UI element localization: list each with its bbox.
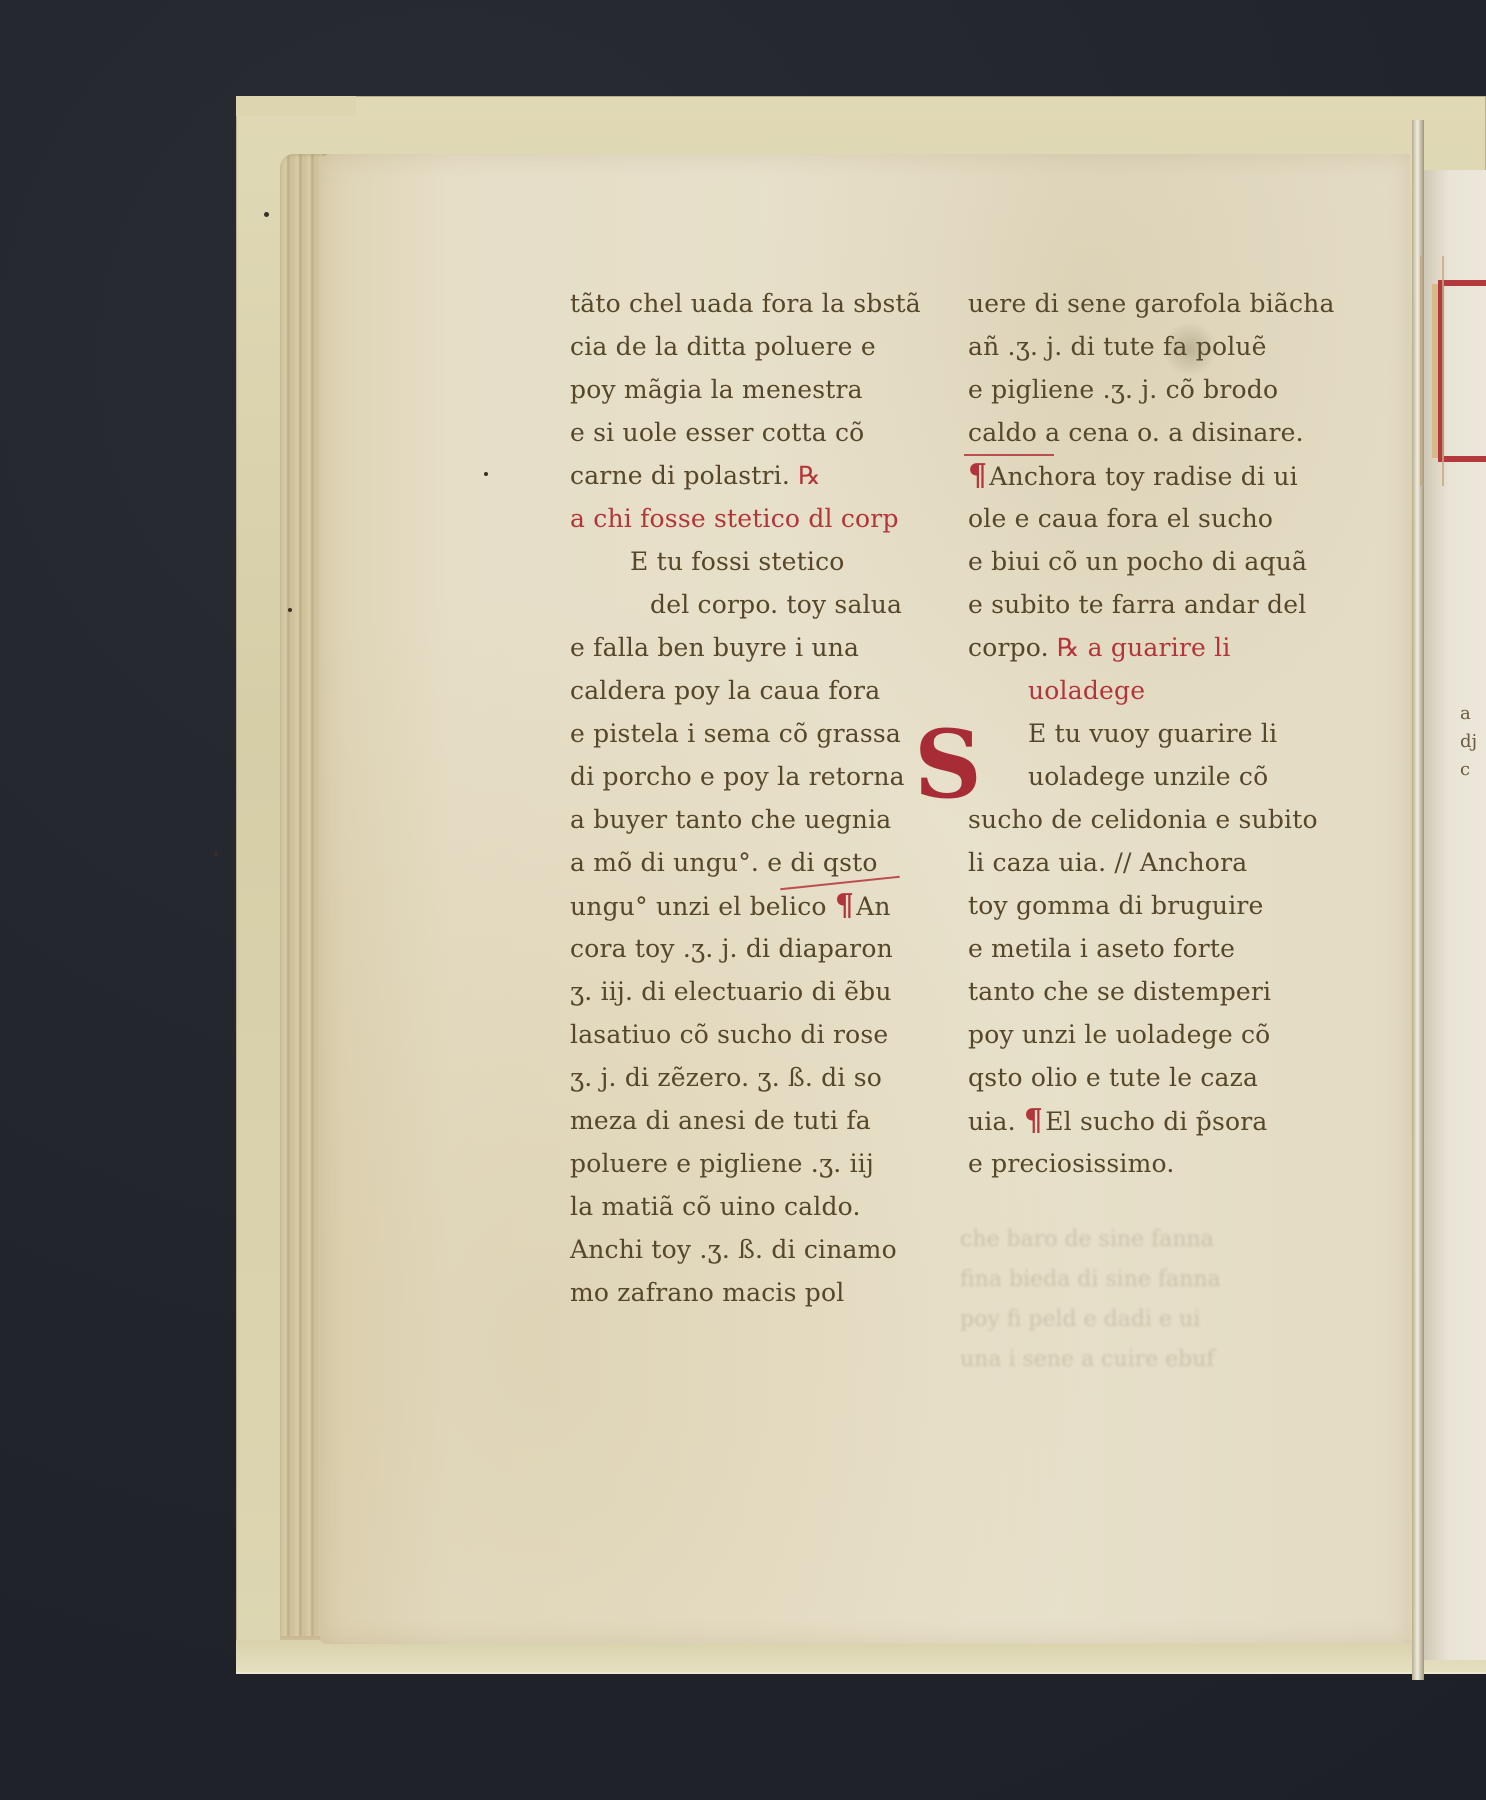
text-line: sucho de celidonia e subito xyxy=(968,798,1338,841)
ink-speck xyxy=(288,608,292,612)
text-line: cia de la ditta poluere e xyxy=(570,325,920,368)
text-line: S E tu vuoy guarire li xyxy=(968,712,1338,755)
text-line: tanto che se distemperi xyxy=(968,970,1338,1013)
text-line: uoladege unzile cõ xyxy=(968,755,1338,798)
text-line: e pistela i sema cõ grassa xyxy=(570,712,920,755)
text-line: poy mãgia la menestra xyxy=(570,368,920,411)
facing-fragment: a xyxy=(1460,700,1477,728)
rubric-heading: a chi fosse stetico dl corp xyxy=(570,497,920,540)
text-line: poy unzi le uoladege cõ xyxy=(968,1013,1338,1056)
cover-bottom-flap xyxy=(236,1640,1486,1674)
text-span: uia. xyxy=(968,1107,1016,1136)
rubric-heading: ℞ a guarire li xyxy=(1057,633,1231,662)
pilcrow-icon: ¶ xyxy=(968,458,987,493)
text-line: e subito te farra andar del xyxy=(968,583,1338,626)
show-through-text: che baro de sine fanna fina bieda di sin… xyxy=(960,1220,1300,1380)
text-line: e falla ben buyre i una xyxy=(570,626,920,669)
text-line: di porcho e poy la retorna xyxy=(570,755,920,798)
facing-page-text: a dj c xyxy=(1460,700,1477,784)
text-line: uia. ¶El sucho di p̃sora xyxy=(968,1099,1338,1142)
show-through-line: poy fi peld e dadi e ui xyxy=(960,1300,1300,1340)
text-line: ʒ. iij. di electuario di ẽbu xyxy=(570,970,920,1013)
text-span: ungu° unzi el belico xyxy=(570,892,827,921)
show-through-line: una i sene a cuire ebuf xyxy=(960,1340,1300,1380)
text-line: ungu° unzi el belico ¶An xyxy=(570,884,920,927)
show-through-line: fina bieda di sine fanna xyxy=(960,1260,1300,1300)
decorated-initial-facing xyxy=(1438,280,1486,462)
text-span: E tu vuoy guarire li xyxy=(1028,719,1277,748)
pilcrow-icon: ¶ xyxy=(1024,1103,1043,1138)
facing-fragment: c xyxy=(1460,756,1477,784)
show-through-line: che baro de sine fanna xyxy=(960,1220,1300,1260)
text-line: cora toy .ʒ. j. di diaparon xyxy=(570,927,920,970)
text-line: la matiã cõ uino caldo. xyxy=(570,1185,920,1228)
text-line: poluere e pigliene .ʒ. iij xyxy=(570,1142,920,1185)
text-line: toy gomma di bruguire xyxy=(968,884,1338,927)
cover-corner-tab xyxy=(236,96,356,116)
rubric-flourish xyxy=(964,454,1054,456)
text-line: qsto olio e tute le caza xyxy=(968,1056,1338,1099)
text-span: El sucho di p̃sora xyxy=(1045,1107,1267,1136)
text-line: ole e caua fora el sucho xyxy=(968,497,1338,540)
text-column-right: uere di sene garofola biãcha añ .ʒ. j. d… xyxy=(968,282,1338,1185)
text-line: e preciosissimo. xyxy=(968,1142,1338,1185)
text-span: Anchora toy radise di ui xyxy=(989,462,1298,491)
rubric-heading: uoladege xyxy=(968,669,1338,712)
text-line: caldera poy la caua fora xyxy=(570,669,920,712)
facing-fragment: dj xyxy=(1460,728,1477,756)
text-line: a mõ di ungu°. e di qsto xyxy=(570,841,920,884)
text-line: del corpo. toy salua xyxy=(570,583,920,626)
text-line: lasatiuo cõ sucho di rose xyxy=(570,1013,920,1056)
text-line: e si uole esser cotta cõ xyxy=(570,411,920,454)
text-line: caldo a cena o. a disinare. xyxy=(968,411,1338,454)
text-line: ʒ. j. di zẽzero. ʒ. ß. di so xyxy=(570,1056,920,1099)
text-line: e biui cõ un pocho di aquã xyxy=(968,540,1338,583)
text-line: E tu fossi stetico xyxy=(570,540,920,583)
text-line: carne di polastri. ℞ xyxy=(570,454,920,497)
text-line: tãto chel uada fora la sbstã xyxy=(570,282,920,325)
text-line: e metila i aseto forte xyxy=(968,927,1338,970)
ink-speck xyxy=(214,852,218,856)
text-line: corpo. ℞ a guarire li xyxy=(968,626,1338,669)
text-line: añ .ʒ. j. di tute fa poluẽ xyxy=(968,325,1338,368)
text-line: uere di sene garofola biãcha xyxy=(968,282,1338,325)
pilcrow-icon: ¶ xyxy=(835,888,854,923)
text-line: meza di anesi de tuti fa xyxy=(570,1099,920,1142)
text-line: mo zafrano macis pol xyxy=(570,1271,920,1314)
text-line: a buyer tanto che uegnia xyxy=(570,798,920,841)
ink-speck xyxy=(484,472,488,476)
binding-hole xyxy=(264,212,269,217)
text-line: ¶Anchora toy radise di ui xyxy=(968,454,1338,497)
text-span: carne di polastri. xyxy=(570,461,790,490)
text-span: corpo. xyxy=(968,633,1049,662)
rubric-recipe-mark: ℞ xyxy=(798,461,821,490)
text-line: Anchi toy .ʒ. ß. di cinamo xyxy=(570,1228,920,1271)
text-line: li caza uia. // Anchora xyxy=(968,841,1338,884)
text-span: An xyxy=(856,892,891,921)
text-column-left: tãto chel uada fora la sbstã cia de la d… xyxy=(570,282,920,1314)
text-line: e pigliene .ʒ. j. cõ brodo xyxy=(968,368,1338,411)
